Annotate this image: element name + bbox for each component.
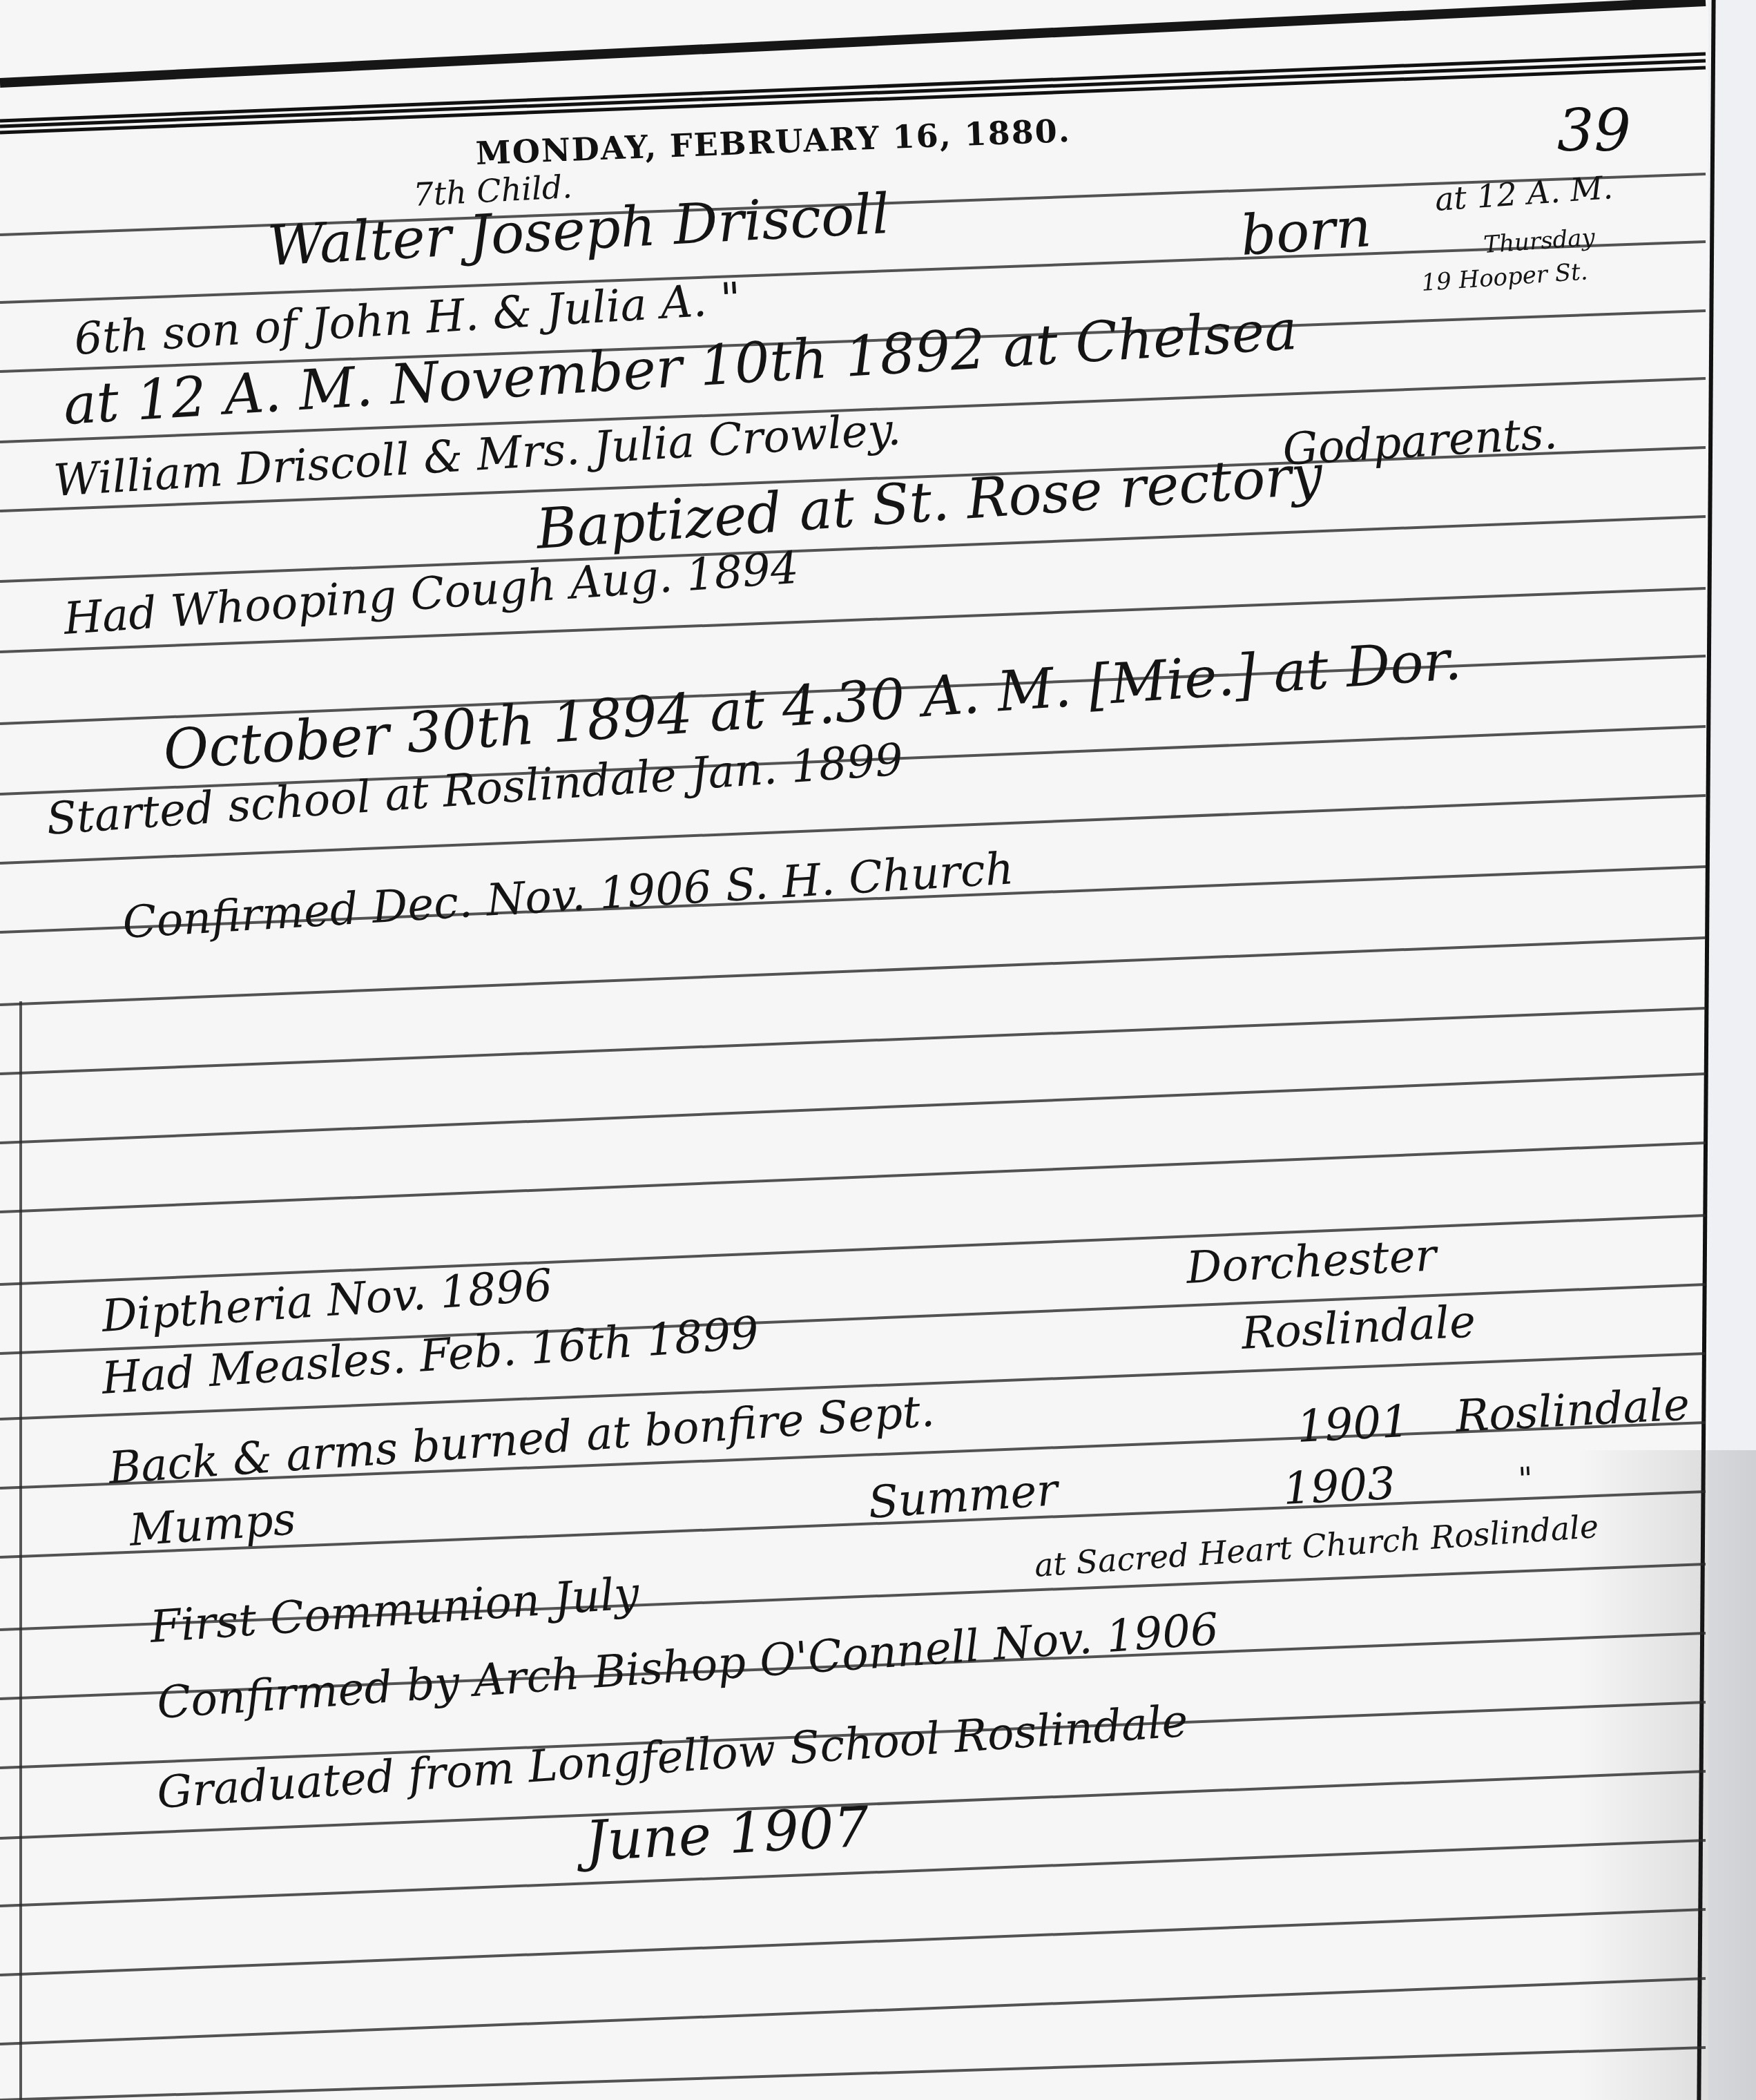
mumps-year: 1903 [1282, 1458, 1397, 1515]
burn-year: 1901 [1295, 1396, 1411, 1453]
diary-page: MONDAY, FEBRUARY 16, 1880. 39 7th Child.… [0, 0, 1756, 2100]
mumps-place-ditto: " [1517, 1460, 1534, 1498]
page-number: 39 [1557, 97, 1631, 164]
born-word: born [1239, 195, 1373, 268]
